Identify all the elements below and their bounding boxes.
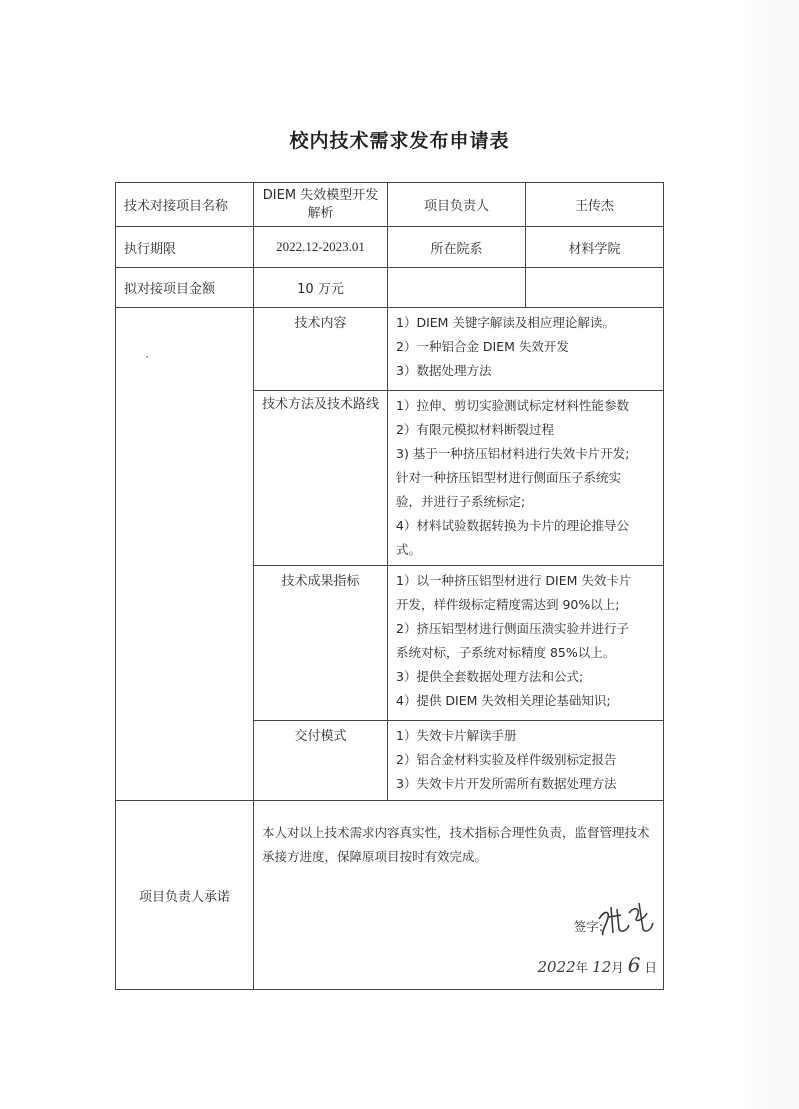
row-project-name: 技术对接项目名称 DIEM 失效模型开发解析 项目负责人 王传杰 (116, 183, 664, 227)
tech-section-blank (116, 308, 254, 801)
handwritten-signature-icon (595, 899, 655, 939)
list-item: 3）数据处理方法 (388, 359, 663, 383)
list-item: 2）挤压铝型材进行侧面压溃实验并进行子 (388, 617, 663, 641)
list-item: 4）提供 DIEM 失效相关理论基础知识; (388, 689, 663, 713)
scan-speck (146, 356, 148, 358)
delivery-list: 1）失效卡片解读手册 2）铝合金材料实验及样件级别标定报告 3）失效卡片开发所需… (388, 721, 664, 801)
value-project-name: DIEM 失效模型开发解析 (254, 183, 388, 227)
label-period: 执行期限 (116, 227, 254, 268)
date-month-suffix: 月 (611, 960, 624, 975)
date-year: 2022 (537, 958, 575, 976)
list-item: 2）铝合金材料实验及样件级别标定报告 (388, 748, 663, 772)
date-month: 12 (592, 958, 611, 976)
row-period: 执行期限 2022.12-2023.01 所在院系 材料学院 (116, 227, 664, 268)
commitment-cell: 本人对以上技术需求内容真实性，技术指标合理性负责，监督管理技术承接方进度，保障原… (254, 801, 664, 990)
list-item: 式。 (388, 538, 663, 562)
tech-content-list: 1）DIEM 关键字解读及相应理论解读。 2）一种铝合金 DIEM 失效开发 3… (388, 308, 664, 391)
label-project-name: 技术对接项目名称 (116, 183, 254, 227)
tech-method-list: 1）拉伸、剪切实验测试标定材料性能参数 2）有限元模拟材料断裂过程 3) 基于一… (388, 391, 664, 566)
request-form-table: 技术对接项目名称 DIEM 失效模型开发解析 项目负责人 王传杰 执行期限 20… (115, 182, 664, 990)
row-amount: 拟对接项目金额 10 万元 (116, 268, 664, 308)
value-amount: 10 万元 (254, 268, 388, 308)
label-tech-method: 技术方法及技术路线 (254, 391, 388, 566)
label-amount: 拟对接项目金额 (116, 268, 254, 308)
scan-edge-shadow (739, 0, 799, 1109)
list-item: 针对一种挤压铝型材进行侧面压子系统实 (388, 466, 663, 490)
list-item: 2）有限元模拟材料断裂过程 (388, 418, 663, 442)
list-item: 验，并进行子系统标定; (388, 490, 663, 514)
list-item: 3）失效卡片开发所需所有数据处理方法 (388, 772, 663, 796)
label-delivery: 交付模式 (254, 721, 388, 801)
label-tech-results: 技术成果指标 (254, 566, 388, 721)
label-commitment: 项目负责人承诺 (116, 801, 254, 990)
value-period: 2022.12-2023.01 (254, 227, 388, 268)
page-title: 校内技术需求发布申请表 (0, 126, 799, 153)
list-item: 1）以一种挤压铝型材进行 DIEM 失效卡片 (388, 569, 663, 593)
date-year-suffix: 年 (576, 960, 589, 975)
sign-date: 2022年 12月 6 日 (537, 953, 657, 977)
date-day: 6 (628, 953, 641, 977)
list-item: 系统对标，子系统对标精度 85%以上。 (388, 641, 663, 665)
date-day-suffix: 日 (644, 960, 657, 975)
commitment-text: 本人对以上技术需求内容真实性，技术指标合理性负责，监督管理技术承接方进度，保障原… (254, 801, 663, 869)
label-department: 所在院系 (388, 227, 526, 268)
empty-cell (388, 268, 526, 308)
row-commitment: 项目负责人承诺 本人对以上技术需求内容真实性，技术指标合理性负责，监督管理技术承… (116, 801, 664, 990)
list-item: 开发，样件级标定精度需达到 90%以上; (388, 593, 663, 617)
label-project-leader: 项目负责人 (388, 183, 526, 227)
signature-block: 签字: 2022年 12月 6 日 (254, 869, 663, 989)
row-tech-content: 技术内容 1）DIEM 关键字解读及相应理论解读。 2）一种铝合金 DIEM 失… (116, 308, 664, 391)
list-item: 4）材料试验数据转换为卡片的理论推导公 (388, 514, 663, 538)
list-item: 2）一种铝合金 DIEM 失效开发 (388, 335, 663, 359)
list-item: 3) 基于一种挤压铝材料进行失效卡片开发; (388, 442, 663, 466)
value-project-leader: 王传杰 (526, 183, 664, 227)
value-department: 材料学院 (526, 227, 664, 268)
list-item: 1）失效卡片解读手册 (388, 724, 663, 748)
list-item: 1）拉伸、剪切实验测试标定材料性能参数 (388, 394, 663, 418)
list-item: 1）DIEM 关键字解读及相应理论解读。 (388, 311, 663, 335)
label-tech-content: 技术内容 (254, 308, 388, 391)
list-item: 3）提供全套数据处理方法和公式; (388, 665, 663, 689)
tech-results-list: 1）以一种挤压铝型材进行 DIEM 失效卡片 开发，样件级标定精度需达到 90%… (388, 566, 664, 721)
empty-cell (526, 268, 664, 308)
